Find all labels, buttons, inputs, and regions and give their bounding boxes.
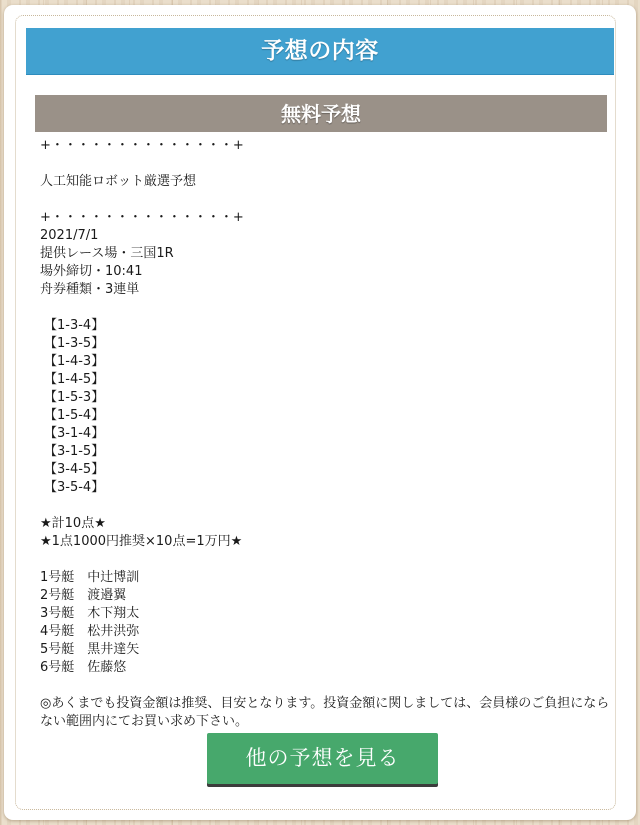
spacer [40,677,610,695]
race-date: 2021/7/1 [40,227,610,245]
racer-name: 中辻博訓 [87,570,139,585]
combination-item: 【3-1-5】 [40,443,610,461]
prediction-card: 予想の内容 無料予想 +・・・・・・・・・・・・・・+ 人工知能ロボット厳選予想… [4,5,636,820]
combination-item: 【1-4-3】 [40,353,610,371]
boat-number: 1号艇 [40,570,74,585]
boat-number: 5号艇 [40,642,74,657]
card-inner-border: 予想の内容 無料予想 +・・・・・・・・・・・・・・+ 人工知能ロボット厳選予想… [15,15,616,810]
prediction-heading: 人工知能ロボット厳選予想 [40,173,610,191]
combination-item: 【1-4-5】 [40,371,610,389]
boat-number: 6号艇 [40,660,74,675]
spacer [40,155,610,173]
boat-number: 4号艇 [40,624,74,639]
racer-row: 3号艇 木下翔太 [40,605,610,623]
racer-row: 4号艇 松井洪弥 [40,623,610,641]
combination-item: 【1-5-4】 [40,407,610,425]
combination-item: 【1-3-5】 [40,335,610,353]
spacer [40,551,610,569]
combination-item: 【3-5-4】 [40,479,610,497]
section-title-free-prediction: 無料予想 [35,95,607,132]
racer-name: 木下翔太 [87,606,139,621]
divider-bottom: +・・・・・・・・・・・・・・+ [40,209,610,227]
more-predictions-button[interactable]: 他の予想を見る [207,733,438,784]
combination-item: 【3-1-4】 [40,425,610,443]
total-points: ★計10点★ [40,515,610,533]
spacer [40,299,610,317]
ticket-type: 舟券種類・3連単 [40,281,610,299]
racer-row: 1号艇 中辻博訓 [40,569,610,587]
boat-number: 3号艇 [40,606,74,621]
racer-row: 5号艇 黒井達矢 [40,641,610,659]
divider-top: +・・・・・・・・・・・・・・+ [40,137,610,155]
racer-list: 1号艇 中辻博訓 2号艇 渡邉翼 3号艇 木下翔太 4号艇 松井洪弥 5号艇 黒… [40,569,610,677]
race-venue: 提供レース場・三国1R [40,245,610,263]
racer-row: 2号艇 渡邉翼 [40,587,610,605]
combination-item: 【3-4-5】 [40,461,610,479]
racer-name: 黒井達矢 [87,642,139,657]
racer-name: 松井洪弥 [87,624,139,639]
boat-number: 2号艇 [40,588,74,603]
combination-item: 【1-3-4】 [40,317,610,335]
investment-note: ◎あくまでも投資金額は推奨、目安となります。投資金額に関しましては、会員様のご負… [40,695,610,731]
spacer [40,497,610,515]
race-deadline: 場外締切・10:41 [40,263,610,281]
combination-item: 【1-5-3】 [40,389,610,407]
spacer [40,191,610,209]
page-title: 予想の内容 [26,28,614,75]
combination-list: 【1-3-4】 【1-3-5】 【1-4-3】 【1-4-5】 【1-5-3】 … [40,317,610,497]
racer-name: 佐藤悠 [87,660,126,675]
prediction-content: +・・・・・・・・・・・・・・+ 人工知能ロボット厳選予想 +・・・・・・・・・… [40,137,610,731]
recommended-bet: ★1点1000円推奨×10点=1万円★ [40,533,610,551]
racer-name: 渡邉翼 [87,588,126,603]
racer-row: 6号艇 佐藤悠 [40,659,610,677]
